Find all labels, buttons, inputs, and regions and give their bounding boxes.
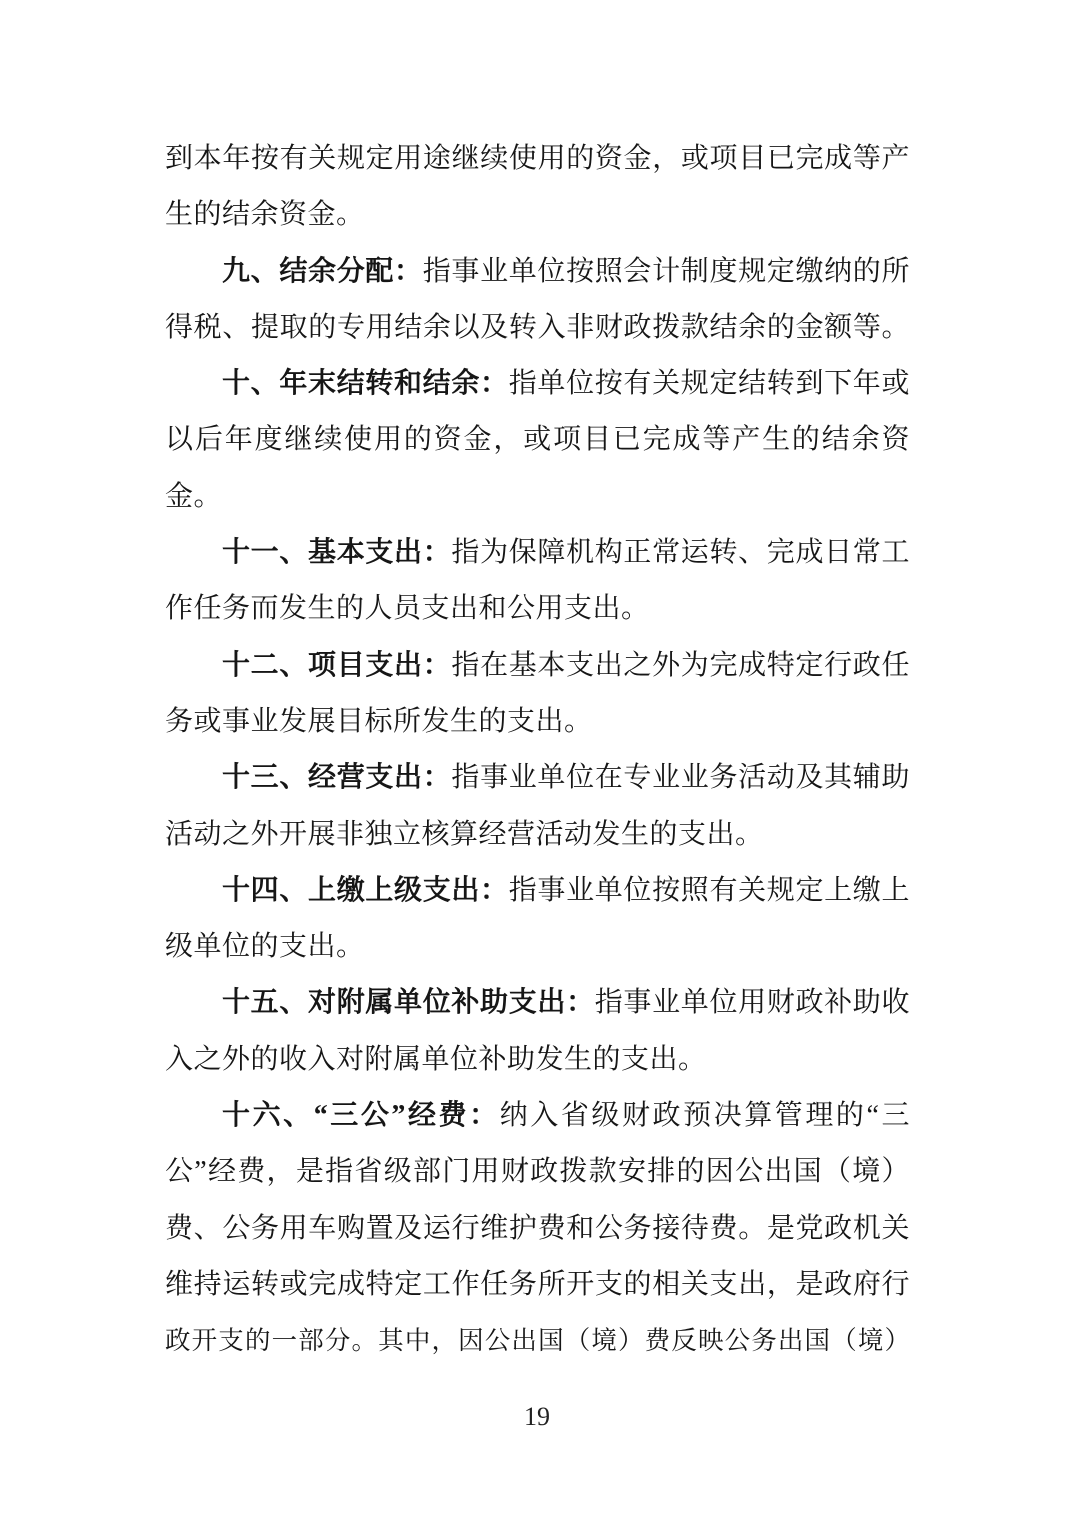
term-label: 十、年末结转和结余： [222,368,509,399]
line-text: 入之外的收入对附属单位补助发生的支出。 [165,1044,707,1075]
line-text: 指事业单位在专业业务活动及其辅助 [451,762,910,793]
line-text: 指单位按有关规定结转到下年或 [509,368,910,399]
line-text: 指为保障机构正常运转、完成日常工 [451,537,910,568]
text-line: 政开支的一部分。其中，因公出国（境）费反映公务出国（境） [165,1313,910,1369]
line-text: 纳入省级财政预决算管理的“三 [500,1100,910,1131]
text-line: 入之外的收入对附属单位补助发生的支出。 [165,1032,910,1088]
line-text: 到本年按有关规定用途继续使用的资金，或项目已完成等产 [165,143,910,174]
page-number: 19 [0,1402,1074,1432]
term-label: 十二、项目支出： [222,650,451,681]
line-text: 公”经费，是指省级部门用财政拨款安排的因公出国（境） [165,1156,910,1187]
text-line: 公”经费，是指省级部门用财政拨款安排的因公出国（境） [165,1144,910,1200]
text-line: 九、结余分配：指事业单位按照会计制度规定缴纳的所 [165,244,910,300]
line-text: 以后年度继续使用的资金，或项目已完成等产生的结余资 [165,424,910,455]
line-text: 级单位的支出。 [165,931,365,962]
text-line: 十二、项目支出：指在基本支出之外为完成特定行政任 [165,638,910,694]
line-text: 政开支的一部分。其中，因公出国（境）费反映公务出国（境） [165,1326,910,1355]
text-line: 十五、对附属单位补助支出：指事业单位用财政补助收 [165,975,910,1031]
line-text: 指在基本支出之外为完成特定行政任 [451,650,910,681]
term-label: 十四、上缴上级支出： [222,875,509,906]
text-line: 十、年末结转和结余：指单位按有关规定结转到下年或 [165,356,910,412]
text-line: 生的结余资金。 [165,187,910,243]
text-line: 以后年度继续使用的资金，或项目已完成等产生的结余资 [165,412,910,468]
text-line: 十四、上缴上级支出：指事业单位按照有关规定上缴上 [165,863,910,919]
term-label: 十一、基本支出： [222,537,451,568]
text-line: 务或事业发展目标所发生的支出。 [165,694,910,750]
text-line: 活动之外开展非独立核算经营活动发生的支出。 [165,807,910,863]
text-line: 金。 [165,469,910,525]
line-text: 生的结余资金。 [165,199,365,230]
line-text: 指事业单位用财政补助收 [595,987,910,1018]
term-label: 十六、“三公”经费： [222,1100,500,1131]
term-label: 十三、经营支出： [222,762,451,793]
line-text: 得税、提取的专用结余以及转入非财政拨款结余的金额等。 [165,312,910,343]
text-line: 费、公务用车购置及运行维护费和公务接待费。是党政机关 [165,1201,910,1257]
term-label: 九、结余分配： [222,256,423,287]
text-column: 到本年按有关规定用途继续使用的资金，或项目已完成等产 生的结余资金。 九、结余分… [165,131,910,1370]
text-line: 十一、基本支出：指为保障机构正常运转、完成日常工 [165,525,910,581]
line-text: 指事业单位按照会计制度规定缴纳的所 [423,256,910,287]
line-text: 金。 [165,481,222,512]
document-page: 到本年按有关规定用途继续使用的资金，或项目已完成等产 生的结余资金。 九、结余分… [0,0,1074,1520]
line-text: 维持运转或完成特定工作任务所开支的相关支出，是政府行 [165,1269,910,1300]
text-line: 得税、提取的专用结余以及转入非财政拨款结余的金额等。 [165,300,910,356]
text-line: 十三、经营支出：指事业单位在专业业务活动及其辅助 [165,750,910,806]
line-text: 活动之外开展非独立核算经营活动发生的支出。 [165,819,764,850]
line-text: 作任务而发生的人员支出和公用支出。 [165,593,650,624]
text-line: 到本年按有关规定用途继续使用的资金，或项目已完成等产 [165,131,910,187]
line-text: 务或事业发展目标所发生的支出。 [165,706,593,737]
line-text: 指事业单位按照有关规定上缴上 [509,875,910,906]
term-label: 十五、对附属单位补助支出： [222,987,595,1018]
text-line: 作任务而发生的人员支出和公用支出。 [165,581,910,637]
line-text: 费、公务用车购置及运行维护费和公务接待费。是党政机关 [165,1213,910,1244]
text-line: 维持运转或完成特定工作任务所开支的相关支出，是政府行 [165,1257,910,1313]
text-line: 十六、“三公”经费：纳入省级财政预决算管理的“三 [165,1088,910,1144]
text-line: 级单位的支出。 [165,919,910,975]
